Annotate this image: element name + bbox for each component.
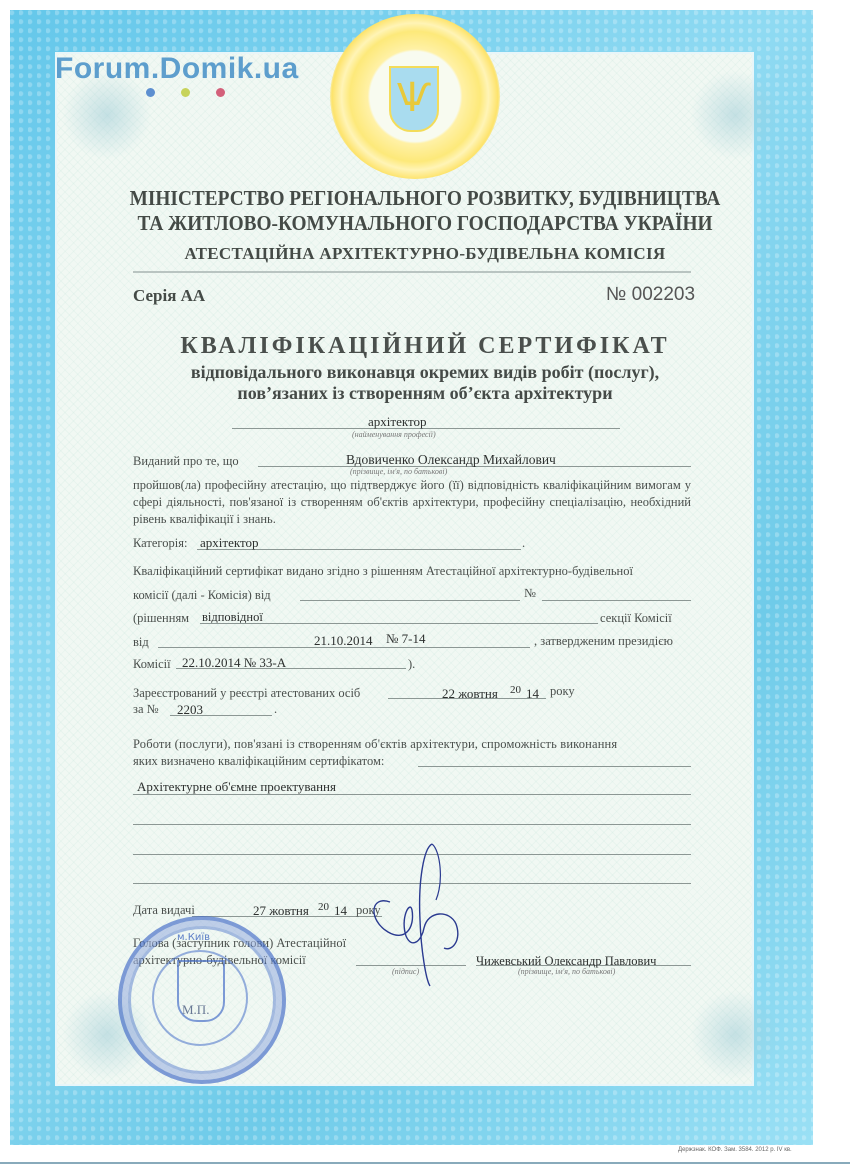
works-text-2: яких визначено кваліфікаційним сертифіка… (133, 754, 384, 769)
registry-number-label: за № (133, 702, 159, 717)
commission-name: АТЕСТАЦІЙНА АРХІТЕКТУРНО-БУДІВЕЛЬНА КОМІ… (0, 244, 850, 264)
section-date: 21.10.2014 (314, 633, 373, 649)
presidium-label: Комісії (133, 657, 171, 672)
section-suffix: секції Комісії (600, 611, 672, 626)
section-decision-number: № 7-14 (386, 631, 425, 647)
issue-year-prefix: 20 (318, 901, 329, 913)
registry-number: 2203 (177, 702, 203, 718)
certificate-title: КВАЛІФІКАЦІЙНИЙ СЕРТИФІКАТ (0, 333, 850, 360)
registry-label: Зареєстрований у реєстрі атестованих осі… (133, 686, 360, 701)
dot-icon (216, 88, 225, 97)
registry-year: 14 (526, 686, 539, 702)
registry-year-word: року (550, 684, 575, 699)
stamp-mp: М.П. (182, 1002, 209, 1018)
field-line (542, 600, 691, 601)
presidium-decision: 22.10.2014 № 33-А (182, 655, 286, 671)
field-line (133, 794, 691, 795)
category-label: Категорія: (133, 536, 187, 551)
registry-year-prefix: 20 (510, 684, 521, 696)
field-line (133, 824, 691, 825)
printer-note: Держзнак. КОФ. Зам. 3584. 2012 р. IV кв. (678, 1147, 792, 1153)
issue-date: 27 жовтня (253, 903, 309, 919)
section-decision-label: (рішенням (133, 611, 189, 626)
scan-edge (0, 1162, 850, 1164)
attestation-text: пройшов(ла) професійну атестацію, що під… (133, 477, 691, 528)
decision-text: Кваліфікаційний сертифікат видано згідно… (133, 564, 633, 579)
certificate-number: № 002203 (606, 284, 695, 306)
field-line (200, 623, 598, 624)
works-text: Роботи (послуги), пов'язані із створення… (133, 737, 617, 752)
holder-name-hint: (прізвище, ім'я, по батькові) (350, 467, 447, 476)
category-value: архітектор (200, 535, 259, 551)
decision-from-label: комісії (далі - Комісія) від (133, 588, 271, 603)
issue-date-label: Дата видачі (133, 903, 195, 918)
field-line (300, 600, 520, 601)
corner-ornament (690, 70, 780, 160)
signatory-name-hint: (прізвище, ім'я, по батькові) (518, 967, 615, 976)
decision-no-label: № (524, 586, 536, 601)
divider (133, 271, 691, 273)
tryzub-icon: Ѱ (389, 66, 439, 132)
watermark-dots (146, 88, 225, 97)
presidium-text: , затвердженим президією (534, 634, 673, 649)
period: . (522, 536, 525, 551)
stamp-city: м.Київ (177, 932, 210, 943)
field-line (418, 766, 691, 767)
ministry-name: МІНІСТЕРСТВО РЕГІОНАЛЬНОГО РОЗВИТКУ, БУД… (34, 186, 816, 236)
certificate-subtitle: відповідального виконавця окремих видів … (0, 362, 850, 404)
official-stamp: м.Київ М.П. (118, 916, 286, 1084)
works-value: Архітектурне об'ємне проектування (137, 779, 336, 795)
profession-value: архітектор (368, 414, 427, 430)
series-label: Серія АА (133, 286, 205, 306)
holder-name: Вдовиченко Олександр Михайлович (346, 452, 556, 468)
watermark: Forum.Domik.ua (55, 52, 299, 86)
registry-end: . (274, 702, 277, 717)
issue-year: 14 (334, 903, 347, 919)
presidium-suffix: ). (408, 657, 415, 672)
dot-icon (181, 88, 190, 97)
dot-icon (146, 88, 155, 97)
profession-hint: (найменування професії) (352, 430, 436, 439)
corner-ornament (690, 990, 780, 1080)
issued-to-label: Виданий про те, що (133, 454, 239, 469)
registry-date: 22 жовтня (442, 686, 498, 702)
section-date-label: від (133, 635, 149, 650)
signature (360, 840, 480, 990)
